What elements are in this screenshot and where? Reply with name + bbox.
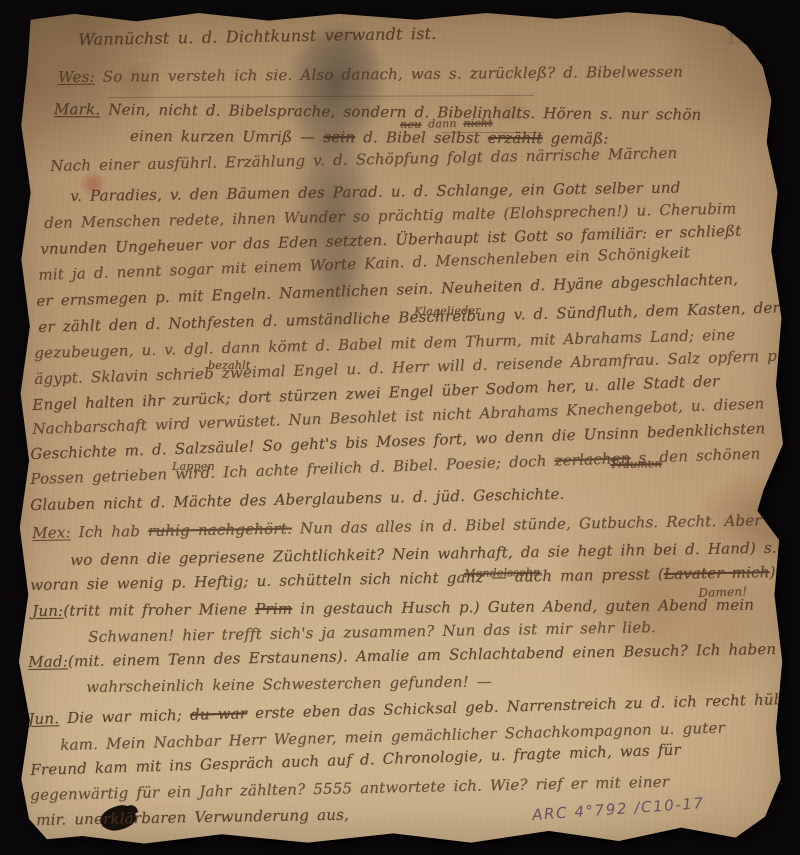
page-number: 11 <box>725 26 750 48</box>
handwriting-text: mir. unerklärbaren Verwunderung aus, <box>36 806 349 829</box>
manuscript-line: einen kurzen Umriß — sein d. Bibel selbs… <box>130 127 609 148</box>
handwriting-text: Prim <box>255 600 292 618</box>
manuscript-line: wahrscheinlich keine Schwesterchen gefun… <box>86 672 492 696</box>
speaker-label: Mex: <box>32 523 71 542</box>
manuscript-line: gegenwärtig für ein Jahr zählten? 5555 a… <box>30 773 669 804</box>
speaker-label: Jun. <box>28 709 59 728</box>
manuscript-line: Mex: Ich hab ruhig nachgehört. Nun das a… <box>32 511 762 542</box>
handwriting-text: erzählt <box>488 129 543 147</box>
speaker-label: Mark. <box>54 100 100 118</box>
handwriting-text: woran sie wenig p. Heftig; u. schütteln … <box>30 565 664 594</box>
handwriting-text: du war <box>190 704 248 723</box>
manuscript-line: Schwanen! hier trefft sich's ja zusammen… <box>88 618 656 646</box>
paper: 11 ARC 4°792 /C10-17 Wannüchst u. d. Dic… <box>12 8 790 846</box>
handwriting-text: wahrscheinlich keine Schwesterchen gefun… <box>86 672 492 696</box>
handwriting-text: Schwanen! hier trefft sich's ja zusammen… <box>88 618 656 646</box>
paper-wrap: 11 ARC 4°792 /C10-17 Wannüchst u. d. Dic… <box>12 8 790 846</box>
handwriting-text: sein <box>323 128 355 146</box>
handwriting-text: Wannüchst u. d. Dichtkunst verwandt ist. <box>78 24 437 49</box>
handwriting-text: ruhig nachgehört. <box>148 519 292 540</box>
scan-background: 11 ARC 4°792 /C10-17 Wannüchst u. d. Dic… <box>0 0 800 855</box>
manuscript-line: Nach einer ausführl. Erzählung v. d. Sch… <box>50 144 677 175</box>
manuscript-line: v. Paradies, v. den Bäumen des Parad. u.… <box>70 178 681 205</box>
handwriting-text: s. den schönen <box>630 445 760 468</box>
handwriting-text: d. Bibel selbst <box>355 128 488 147</box>
handwriting-text: zerlachen <box>554 449 631 470</box>
archive-shelfmark: ARC 4°792 /C10-17 <box>532 794 706 824</box>
manuscript-line: Jun:(tritt mit froher Miene Prim in gest… <box>32 596 754 620</box>
handwriting-text: Ich hab <box>71 522 149 541</box>
handwriting-text: ), <box>769 563 780 581</box>
ruled-pencil-line <box>108 95 534 98</box>
handwriting-text: Lavater mich <box>664 563 770 583</box>
handwriting-text: (tritt mit froher Miene <box>63 600 255 620</box>
handwriting-text: in gestauch Husch p.) Guten Abend, guten… <box>292 596 754 618</box>
manuscript-line: Wes: So nun versteh ich sie. Also danach… <box>58 63 683 86</box>
handwriting-text: Nun das alles in d. Bibel stünde, Gutbuc… <box>292 511 762 537</box>
handwriting-text: So nun versteh ich sie. Also danach, was… <box>95 63 683 86</box>
manuscript-line: mir. unerklärbaren Verwunderung aus, <box>36 806 349 829</box>
manuscript-line: Wannüchst u. d. Dichtkunst verwandt ist. <box>78 24 437 49</box>
handwriting-text: Glauben nicht d. Mächte des Aberglaubens… <box>30 485 565 514</box>
handwriting-text: einen kurzen Umriß — <box>130 127 323 146</box>
manuscript-line: Glauben nicht d. Mächte des Aberglaubens… <box>30 485 565 514</box>
manuscript-line: Mark. Nein, nicht d. Bibelsprache, sonde… <box>54 100 702 124</box>
handwriting-text: Nach einer ausführl. Erzählung v. d. Sch… <box>50 144 677 175</box>
speaker-label: Wes: <box>58 68 95 86</box>
handwriting-text: Die war mich; <box>59 706 190 727</box>
handwriting-text: v. Paradies, v. den Bäumen des Parad. u.… <box>70 178 681 205</box>
handwriting-text: gegenwärtig für ein Jahr zählten? 5555 a… <box>30 773 669 804</box>
handwriting-text: erste eben das Schicksal geb. Narrenstre… <box>247 690 790 723</box>
speaker-label: Mad: <box>28 652 68 671</box>
speaker-label: Jun: <box>32 602 63 620</box>
